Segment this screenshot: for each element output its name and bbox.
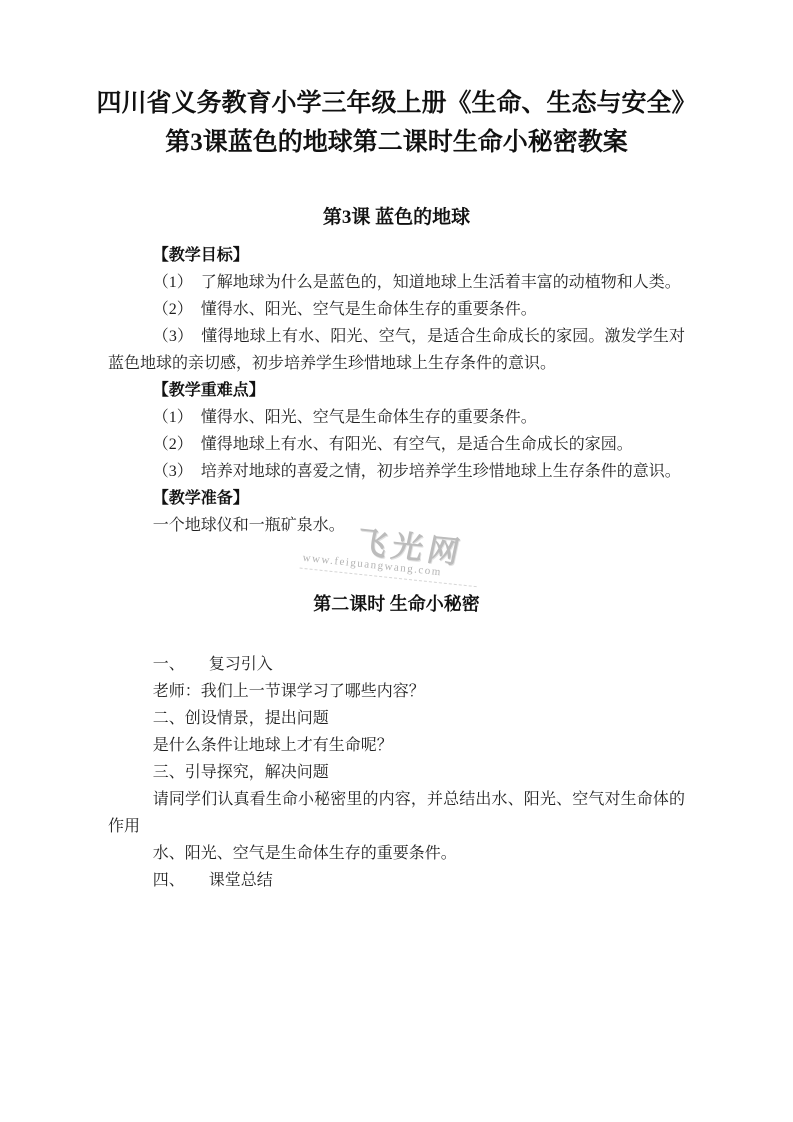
teaching-goals-heading: 【教学目标】 — [108, 242, 685, 269]
goal-item-3: （3） 懂得地球上有水、阳光、空气，是适合生命成长的家园。激发学生对蓝色地球的亲… — [108, 323, 685, 377]
document-title-line2: 第3课蓝色的地球第二课时生命小秘密教案 — [72, 123, 721, 162]
document-title: 四川省义务教育小学三年级上册《生命、生态与安全》 第3课蓝色的地球第二课时生命小… — [72, 84, 721, 162]
inquiry-instruction: 请同学们认真看生命小秘密里的内容，并总结出水、阳光、空气对生命体的作用 — [108, 786, 685, 840]
goal-item-2: （2） 懂得水、阳光、空气是生命体生存的重要条件。 — [108, 296, 685, 323]
lesson-heading: 第3课 蓝色的地球 — [108, 204, 685, 231]
key-point-item-2: （2） 懂得地球上有水、有阳光、有空气，是适合生命成长的家园。 — [108, 431, 685, 458]
period-heading: 第二课时 生命小秘密 — [108, 591, 685, 618]
teaching-preparation-heading: 【教学准备】 — [108, 485, 685, 512]
step-4-summary: 四、 课堂总结 — [108, 867, 685, 894]
document-title-line1: 四川省义务教育小学三年级上册《生命、生态与安全》 — [72, 84, 721, 123]
teaching-key-points-heading: 【教学重难点】 — [108, 377, 685, 404]
key-point-item-1: （1） 懂得水、阳光、空气是生命体生存的重要条件。 — [108, 404, 685, 431]
inquiry-conclusion: 水、阳光、空气是生命体生存的重要条件。 — [108, 840, 685, 867]
teacher-question: 老师：我们上一节课学习了哪些内容？ — [108, 678, 685, 705]
step-2-create-scenario: 二、创设情景，提出问题 — [108, 705, 685, 732]
scenario-question: 是什么条件让地球上才有生命呢？ — [108, 732, 685, 759]
key-point-item-3: （3） 培养对地球的喜爱之情，初步培养学生珍惜地球上生存条件的意识。 — [108, 458, 685, 485]
goal-item-1: （1） 了解地球为什么是蓝色的，知道地球上生活着丰富的动植物和人类。 — [108, 269, 685, 296]
preparation-text: 一个地球仪和一瓶矿泉水。 — [108, 512, 685, 539]
step-3-guided-inquiry: 三、引导探究，解决问题 — [108, 759, 685, 786]
step-1-review-intro: 一、 复习引入 — [108, 651, 685, 678]
document-page: 四川省义务教育小学三年级上册《生命、生态与安全》 第3课蓝色的地球第二课时生命小… — [0, 0, 793, 1122]
